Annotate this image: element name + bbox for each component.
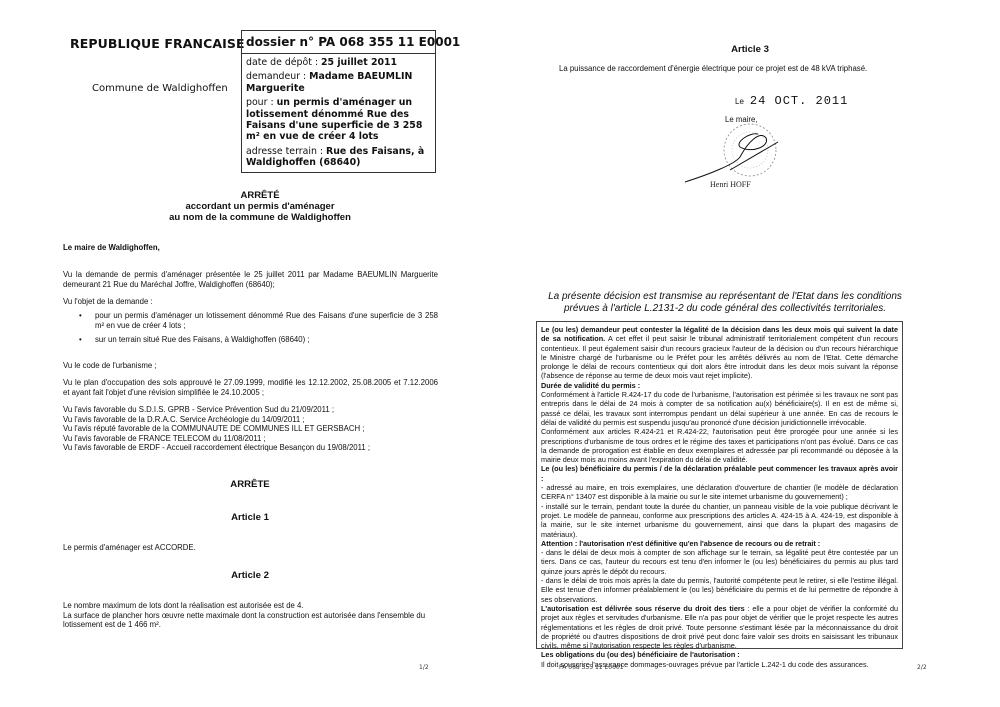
deposit-date-label: date de dépôt :: [246, 57, 321, 68]
vu-demande: Vu la demande de permis d'aménager prése…: [63, 270, 438, 289]
le-label: Le: [735, 97, 744, 106]
notice-attention-text2: - dans le délai de trois mois après la d…: [541, 576, 898, 604]
article-2-text: Le nombre maximum de lots dont la réalis…: [63, 601, 438, 630]
notice-contest: Le (ou les) demandeur peut contester la …: [541, 325, 898, 381]
mayor-salutation: Le maire de Waldighoffen,: [63, 243, 160, 253]
avis-item: Vu l'avis réputé favorable de la COMMUNA…: [63, 424, 463, 434]
article-2-line1: Le nombre maximum de lots dont la réalis…: [63, 601, 438, 611]
bullet-item: • sur un terrain situé Rue des Faisans, …: [79, 335, 438, 345]
republique-francaise-heading: REPUBLIQUE FRANCAISE: [70, 36, 245, 51]
signature-date-line: Le24 OCT. 2011: [735, 91, 848, 109]
document-page-1: REPUBLIQUE FRANCAISE Commune de Waldigho…: [0, 0, 500, 707]
article-2-line2: La surface de plancher hors œuvre nette …: [63, 611, 438, 630]
decree-title-line1: ARRÊTÉ: [60, 190, 460, 201]
avis-item: Vu l'avis favorable de ERDF - Accueil ra…: [63, 443, 463, 453]
commune-name: Commune de Waldighoffen: [92, 83, 228, 94]
article-3-text: La puissance de raccordement d'énergie é…: [559, 64, 867, 74]
transmission-line2: prévues à l'article L.2131-2 du code gén…: [530, 303, 920, 315]
document-page-2: Article 3 La puissance de raccordement d…: [500, 0, 1000, 707]
notice-works-text1: - adressé au maire, en trois exemplaires…: [541, 483, 898, 502]
land-address-row: adresse terrain : Rue des Faisans, à Wal…: [246, 146, 431, 169]
article-2-heading: Article 2: [200, 570, 300, 581]
avis-item: Vu l'avis favorable de la D.R.A.C. Servi…: [63, 415, 463, 425]
vu-code: Vu le code de l'urbanisme ;: [63, 361, 157, 371]
applicant-label: demandeur :: [246, 71, 309, 82]
article-1-text: Le permis d'aménager est ACCORDE.: [63, 543, 196, 553]
transmission-notice: La présente décision est transmise au re…: [530, 291, 920, 315]
notice-works-heading: Le (ou les) bénéficiaire du permis / de …: [541, 464, 898, 483]
purpose-row: pour : un permis d'aménager un lotisseme…: [246, 97, 431, 143]
notice-validity-text2: Conformément aux articles R.424-21 et R.…: [541, 427, 898, 464]
vu-objet: Vu l'objet de la demande :: [63, 297, 153, 307]
notice-attention-heading: Attention : l'autorisation n'est définit…: [541, 539, 898, 548]
applicant-row: demandeur : Madame BAEUMLIN Marguerite: [246, 71, 431, 94]
transmission-line1: La présente décision est transmise au re…: [530, 291, 920, 303]
page-number: 2/2: [917, 664, 927, 671]
bullet-text: sur un terrain situé Rue des Faisans, à …: [95, 335, 438, 345]
svg-text:Henri HOFF: Henri HOFF: [710, 180, 751, 189]
stamp-date: 24 OCT. 2011: [750, 94, 848, 108]
notice-works-text2: - installé sur le terrain, pendant toute…: [541, 502, 898, 539]
avis-list: Vu l'avis favorable du S.D.I.S. GPRB - S…: [63, 405, 463, 453]
decree-title-line3: au nom de la commune de Waldighoffen: [60, 212, 460, 223]
dossier-info-box: dossier n° PA 068 355 11 E0001 date de d…: [241, 30, 436, 173]
footer-dossier-ref: PA 068 355 11 E0001: [559, 664, 624, 671]
arrete-heading: ARRÊTE: [200, 479, 300, 490]
decree-title: ARRÊTÉ accordant un permis d'aménager au…: [60, 190, 460, 223]
bullet-dot-icon: •: [79, 335, 82, 345]
avis-item: Vu l'avis favorable du S.D.I.S. GPRB - S…: [63, 405, 463, 415]
notice-attention-text1: - dans le délai de deux mois à compter d…: [541, 548, 898, 576]
notice-validity-text1: Conformément à l'article R.424-17 du cod…: [541, 390, 898, 427]
bullet-item: • pour un permis d'aménager un lotisseme…: [79, 311, 438, 330]
purpose-label: pour :: [246, 97, 277, 108]
article-1-heading: Article 1: [200, 512, 300, 523]
notice-third-party: L'autorisation est délivrée sous réserve…: [541, 604, 898, 650]
mayor-signature-stamp-icon: Henri HOFF: [680, 112, 790, 192]
deposit-date-row: date de dépôt : 25 juillet 2011: [246, 57, 431, 68]
notice-obligations-heading: Les obligations du (ou des) bénéficiaire…: [541, 650, 898, 659]
decree-title-line2: accordant un permis d'aménager: [60, 201, 460, 212]
avis-item: Vu l'avis favorable de FRANCE TELECOM du…: [63, 434, 463, 444]
page-number: 1/2: [419, 664, 429, 671]
vu-plan: Vu le plan d'occupation des sols approuv…: [63, 378, 438, 397]
deposit-date-value: 25 juillet 2011: [321, 57, 397, 68]
bullet-dot-icon: •: [79, 311, 82, 321]
article-3-heading: Article 3: [700, 44, 800, 55]
dossier-number: dossier n° PA 068 355 11 E0001: [242, 31, 435, 54]
notice-third-party-heading: L'autorisation est délivrée sous réserve…: [541, 604, 745, 613]
notice-validity-heading: Durée de validité du permis :: [541, 381, 898, 390]
legal-notice-box: Le (ou les) demandeur peut contester la …: [536, 321, 903, 649]
land-address-label: adresse terrain :: [246, 146, 326, 157]
bullet-text: pour un permis d'aménager un lotissement…: [95, 311, 438, 330]
